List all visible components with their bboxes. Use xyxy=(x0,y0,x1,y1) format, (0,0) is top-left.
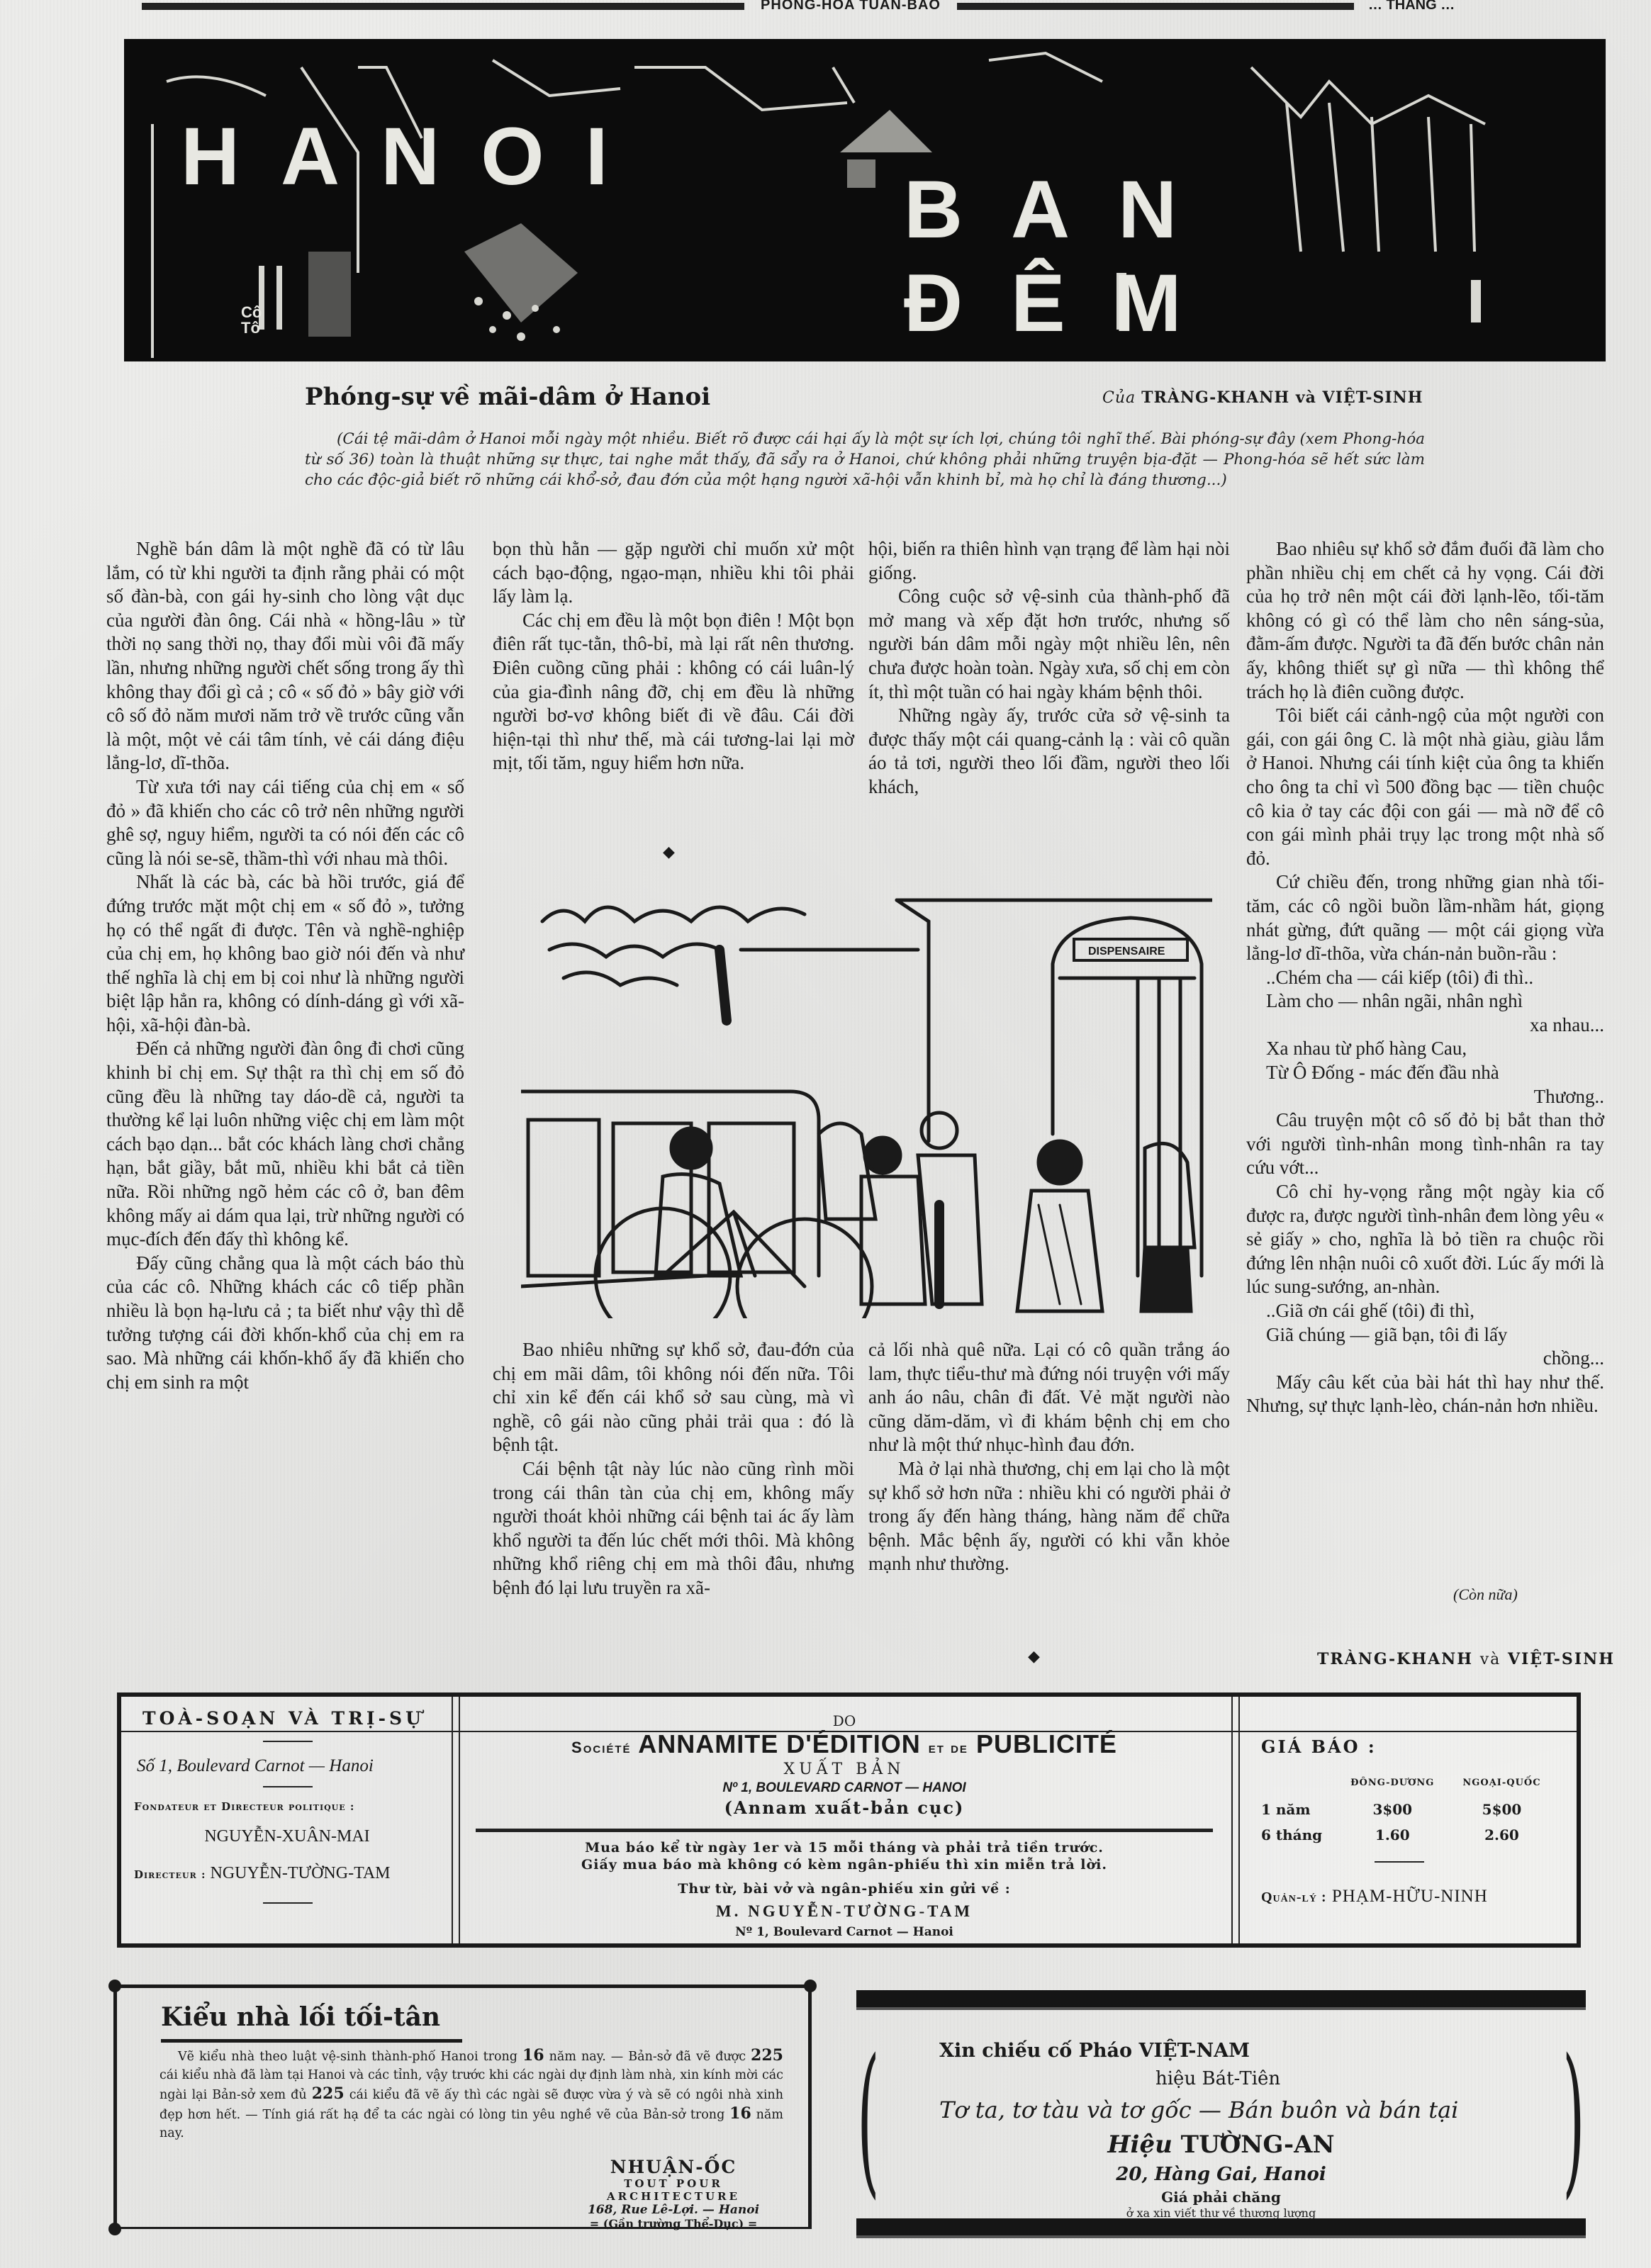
article-column-3-top: hội, biến ra thiên hình vạn trạng để làm… xyxy=(868,537,1230,799)
subscription-line: Mua báo kể từ ngày 1er và 15 mỗi tháng v… xyxy=(461,1840,1227,1856)
masthead-box: TOÀ-SOẠN VÀ TRỊ-SỰ Số 1, Boulevard Carno… xyxy=(117,1692,1581,1948)
publisher-xuatban: XUẤT BẢN xyxy=(461,1761,1227,1778)
manager: Quản-lý : PHẠM-HỮU-NINH xyxy=(1261,1887,1488,1907)
publisher-do: DO xyxy=(461,1712,1227,1729)
publisher-name: Société ANNAMITE D'ÉDITION et de PUBLICI… xyxy=(461,1729,1227,1759)
ad-nhuan-oc: Kiểu nhà lối tối-tân Vẽ kiểu nhà theo lu… xyxy=(113,1984,812,2229)
song-verse-line: Giã chúng — giã bạn, tôi đi lấy xyxy=(1246,1323,1604,1347)
diamond-ornament-icon: ◆ xyxy=(663,843,675,861)
paragraph: Công cuộc sở vệ-sinh của thành-phố đã mở… xyxy=(868,585,1230,704)
ad-brand-name: NHUẬN-ỐC xyxy=(567,2157,780,2177)
price-header: NGOẠI-QUỐC xyxy=(1448,1778,1555,1797)
paragraph: bọn thù hằn — gặp người chỉ muốn xử một … xyxy=(493,537,854,609)
price-value: 1.60 xyxy=(1336,1822,1448,1848)
woodcut-banner: HANOI BAN ĐÊM Cô Tô xyxy=(124,39,1606,361)
publisher-name-b: PUBLICITÉ xyxy=(976,1729,1117,1758)
article-signoff: TRÀNG-KHANH và VIỆT-SINH xyxy=(1317,1650,1615,1668)
song-verse-line: chồng... xyxy=(1246,1347,1604,1371)
founder-label: Fondateur et Directeur politique : xyxy=(134,1800,354,1813)
price-row: 6 tháng 1.60 2.60 xyxy=(1261,1822,1555,1848)
subscription-line: Thư từ, bài vở và ngân-phiếu xin gửi về … xyxy=(461,1881,1227,1897)
corner-dot-icon xyxy=(108,1980,121,1992)
price-header-row: ĐÔNG-DƯƠNG NGOẠI-QUỐC xyxy=(1261,1778,1555,1797)
paragraph: Đấy cũng chẳng qua là một cách báo thù c… xyxy=(106,1252,464,1395)
price-period: 6 tháng xyxy=(1261,1822,1336,1848)
song-verse-line: Từ Ô Đống - mác đến đầu nhà xyxy=(1246,1061,1604,1085)
ad-bottom-bar xyxy=(856,2218,1586,2238)
banner-title-ban-dem: BAN ĐÊM xyxy=(904,163,1606,350)
paragraph: Bao nhiêu sự khổ sở đắm đuối đã làm cho … xyxy=(1246,537,1604,704)
ad-price-note: Giá phải chăng xyxy=(851,2189,1591,2206)
publisher-et-de: et de xyxy=(929,1739,968,1756)
article-column-2-bottom: Bao nhiêu những sự khổ sở, đau-đớn của c… xyxy=(493,1338,854,1600)
paragraph: Từ xưa tới nay cái tiếng của chị em « số… xyxy=(106,775,464,870)
byline: Của TRÀNG-KHANH và VIỆT-SINH xyxy=(1102,388,1423,407)
song-verse-line: Thương.. xyxy=(1246,1085,1604,1109)
paragraph: cả lối nhà quê nữa. Lại có cô quần trắng… xyxy=(868,1338,1230,1457)
ad-text: Vẽ kiểu nhà theo luật vệ-sinh thành-phố … xyxy=(178,2050,517,2064)
author-2: VIỆT-SINH xyxy=(1508,1650,1615,1668)
ad-number: 16 xyxy=(522,2046,544,2065)
song-verse-line: ..Giã ơn cái ghế (tôi) đi thì, xyxy=(1246,1299,1604,1323)
paragraph: Bao nhiêu những sự khổ sở, đau-đớn của c… xyxy=(493,1338,854,1457)
byline-prefix: Của xyxy=(1102,389,1136,407)
paragraph: Nhất là các bà, các bà hồi trước, giá để… xyxy=(106,870,464,1037)
dispensaire-sign: DISPENSAIRE xyxy=(1088,945,1165,958)
song-verse-line: ..Chém cha — cái kiếp (tôi) đi thì.. xyxy=(1246,966,1604,990)
ad-shop-name: Hiệu TƯỜNG-AN xyxy=(851,2131,1591,2159)
ad-address: 20, Hàng Gai, Hanoi xyxy=(851,2164,1591,2185)
ad-line: hiệu Bát-Tiên xyxy=(1155,2068,1280,2089)
price-value: 2.60 xyxy=(1448,1822,1555,1848)
author-1: TRÀNG-KHANH xyxy=(1317,1650,1473,1668)
ad-brand-block: NHUẬN-ỐC TOUT POUR ARCHITECTURE 168, Rue… xyxy=(567,2157,780,2230)
price-row: 1 năm 3$00 5$00 xyxy=(1261,1797,1555,1822)
paragraph: Mà ở lại nhà thương, chị em lại cho là m… xyxy=(868,1457,1230,1576)
ad-top-bar xyxy=(856,1990,1586,2010)
ad-text: năm nay. — Bản-sở đã vẽ được xyxy=(549,2050,746,2064)
price-value: 3$00 xyxy=(1336,1797,1448,1822)
director-name: NGUYỄN-TƯỜNG-TAM xyxy=(211,1864,391,1882)
publisher-divider xyxy=(476,1829,1213,1832)
issue-date: … THÁNG … xyxy=(1368,0,1538,13)
paragraph: Câu truyện một cô số đỏ bị bắt than thở … xyxy=(1246,1108,1604,1180)
ad-tagline: TOUT POUR ARCHITECTURE xyxy=(567,2177,780,2203)
ad-shop-title: TƯỜNG-AN xyxy=(1181,2131,1335,2159)
small-rule xyxy=(263,1741,313,1742)
to-be-continued: (Còn nữa) xyxy=(1453,1585,1518,1604)
masthead-divider xyxy=(1231,1697,1240,1943)
price-value: 5$00 xyxy=(1448,1797,1555,1822)
small-rule xyxy=(263,1786,313,1787)
author-conjunction: và xyxy=(1480,1651,1501,1668)
song-verse-line: xa nhau... xyxy=(1246,1014,1604,1038)
article-column-1: Nghề bán dâm là một nghề đã có từ lâu lắ… xyxy=(106,537,464,1394)
ad-title: Kiểu nhà lối tối-tân xyxy=(161,2002,440,2032)
song-verse-line: Xa nhau từ phố hàng Cau, xyxy=(1246,1037,1604,1061)
paragraph: Mấy câu kết của bài hát thì hay như thế.… xyxy=(1246,1371,1604,1418)
editorial-office: TOÀ-SOẠN VÀ TRỊ-SỰ Số 1, Boulevard Carno… xyxy=(121,1697,453,1943)
dispensary-illustration: DISPENSAIRE xyxy=(521,879,1212,1318)
price-title: GIÁ BÁO : xyxy=(1261,1736,1377,1757)
manager-label: Quản-lý : xyxy=(1261,1890,1327,1905)
ad-number: 225 xyxy=(312,2084,345,2103)
banner-title-hanoi: HANOI xyxy=(181,110,649,203)
price-table: ĐÔNG-DƯƠNG NGOẠI-QUỐC 1 năm 3$00 5$00 6 … xyxy=(1261,1778,1555,1848)
price-header: ĐÔNG-DƯƠNG xyxy=(1336,1778,1448,1797)
publisher-societe: Société xyxy=(571,1739,632,1756)
founder-name: NGUYỄN-XUÂN-MAI xyxy=(121,1827,453,1846)
article-intro: (Cái tệ mãi-dâm ở Hanoi mỗi ngày một nhi… xyxy=(305,429,1425,490)
paragraph: Đến cả những người đàn ông đi chơi cũng … xyxy=(106,1037,464,1251)
ad-number: 225 xyxy=(751,2046,783,2065)
signature-line: Tô xyxy=(241,320,262,336)
page-header-strip: PHONG-HOA TUẦN-BÁO … THÁNG … xyxy=(121,0,1609,13)
article-column-2-top: bọn thù hằn — gặp người chỉ muốn xử một … xyxy=(493,537,854,775)
corner-dot-icon xyxy=(804,1980,817,1992)
article-column-4: Bao nhiêu sự khổ sở đắm đuối đã làm cho … xyxy=(1246,537,1604,1418)
price-header xyxy=(1261,1778,1336,1797)
header-rule-right xyxy=(957,3,1354,10)
office-address: Số 1, Boulevard Carnot — Hanoi xyxy=(137,1756,374,1776)
publisher-annam: (Annam xuất-bản cục) xyxy=(461,1797,1227,1818)
paragraph: Nghề bán dâm là một nghề đã có từ lâu lắ… xyxy=(106,537,464,775)
ad-shop-prefix: Hiệu xyxy=(1107,2131,1172,2159)
article-column-3-bottom: cả lối nhà quê nữa. Lại có cô quần trắng… xyxy=(868,1338,1230,1576)
director-label: Directeur : xyxy=(134,1868,206,1881)
publisher-name-a: ANNAMITE D'ÉDITION xyxy=(638,1729,921,1758)
ad-title-rule xyxy=(161,2039,462,2043)
paragraph: Các chị em đều là một bọn điên ! Một bọn… xyxy=(493,609,854,775)
ad-body: Vẽ kiểu nhà theo luật vệ-sinh thành-phố … xyxy=(159,2046,783,2143)
director: Directeur : NGUYỄN-TƯỜNG-TAM xyxy=(134,1864,391,1883)
paragraph: Cô chỉ hy-vọng rằng một ngày kia cố được… xyxy=(1246,1180,1604,1299)
ad-line: Xin chiếu cố Pháo VIỆT-NAM xyxy=(939,2040,1250,2062)
manager-name: PHẠM-HỮU-NINH xyxy=(1332,1887,1488,1906)
paragraph: Cứ chiều đến, trong những gian nhà tối-t… xyxy=(1246,870,1604,965)
byline-authors: TRÀNG-KHANH và VIỆT-SINH xyxy=(1141,388,1423,407)
paragraph: hội, biến ra thiên hình vạn trạng để làm… xyxy=(868,537,1230,585)
publisher-info: DO Société ANNAMITE D'ÉDITION et de PUBL… xyxy=(461,1697,1227,1943)
paragraph: Tôi biết cái cảnh-ngộ của một người con … xyxy=(1246,704,1604,870)
contact-name: M. NGUYỄN-TƯỜNG-TAM xyxy=(461,1902,1227,1921)
small-rule xyxy=(263,1902,313,1904)
ad-tuong-an: ( ) Xin chiếu cố Pháo VIỆT-NAM hiệu Bát-… xyxy=(851,1990,1591,2228)
newspaper-name: PHONG-HOA TUẦN-BÁO xyxy=(744,0,957,13)
header-rule-left xyxy=(142,3,744,10)
contact-address: Nº 1, Boulevard Carnot — Hanoi xyxy=(461,1925,1227,1939)
song-verse-line: Làm cho — nhân ngãi, nhân nghì xyxy=(1246,989,1604,1014)
article-title: Phóng-sự về mãi-dâm ở Hanoi xyxy=(305,383,710,411)
subscription-line: Giấy mua báo mà không có kèm ngân-phiếu … xyxy=(461,1857,1227,1873)
small-rule xyxy=(1375,1861,1424,1863)
diamond-ornament-icon: ◆ xyxy=(1028,1648,1040,1666)
artist-signature: Cô Tô xyxy=(241,305,262,336)
ad-line: Tơ ta, tơ tàu và tơ gốc — Bán buôn và bá… xyxy=(939,2096,1458,2123)
paragraph: Cái bệnh tật này lúc nào cũng rình mồi t… xyxy=(493,1457,854,1600)
street-scene-drawing: DISPENSAIRE xyxy=(521,879,1212,1318)
price-period: 1 năm xyxy=(1261,1797,1336,1822)
office-title: TOÀ-SOẠN VÀ TRỊ-SỰ xyxy=(142,1708,425,1729)
ad-number: 16 xyxy=(729,2104,751,2123)
ad-near: = (Gần trường Thể-Dục) = xyxy=(567,2217,780,2230)
ad-address: 168, Rue Lê-Lợi. — Hanoi xyxy=(567,2203,780,2217)
paragraph: Những ngày ấy, trước cửa sở vệ-sinh ta đ… xyxy=(868,704,1230,799)
signature-line: Cô xyxy=(241,305,262,320)
publisher-address: Nº 1, BOULEVARD CARNOT — HANOI xyxy=(461,1780,1227,1796)
corner-dot-icon xyxy=(108,2223,121,2235)
subscription-prices: GIÁ BÁO : ĐÔNG-DƯƠNG NGOẠI-QUỐC 1 năm 3$… xyxy=(1240,1697,1580,1943)
